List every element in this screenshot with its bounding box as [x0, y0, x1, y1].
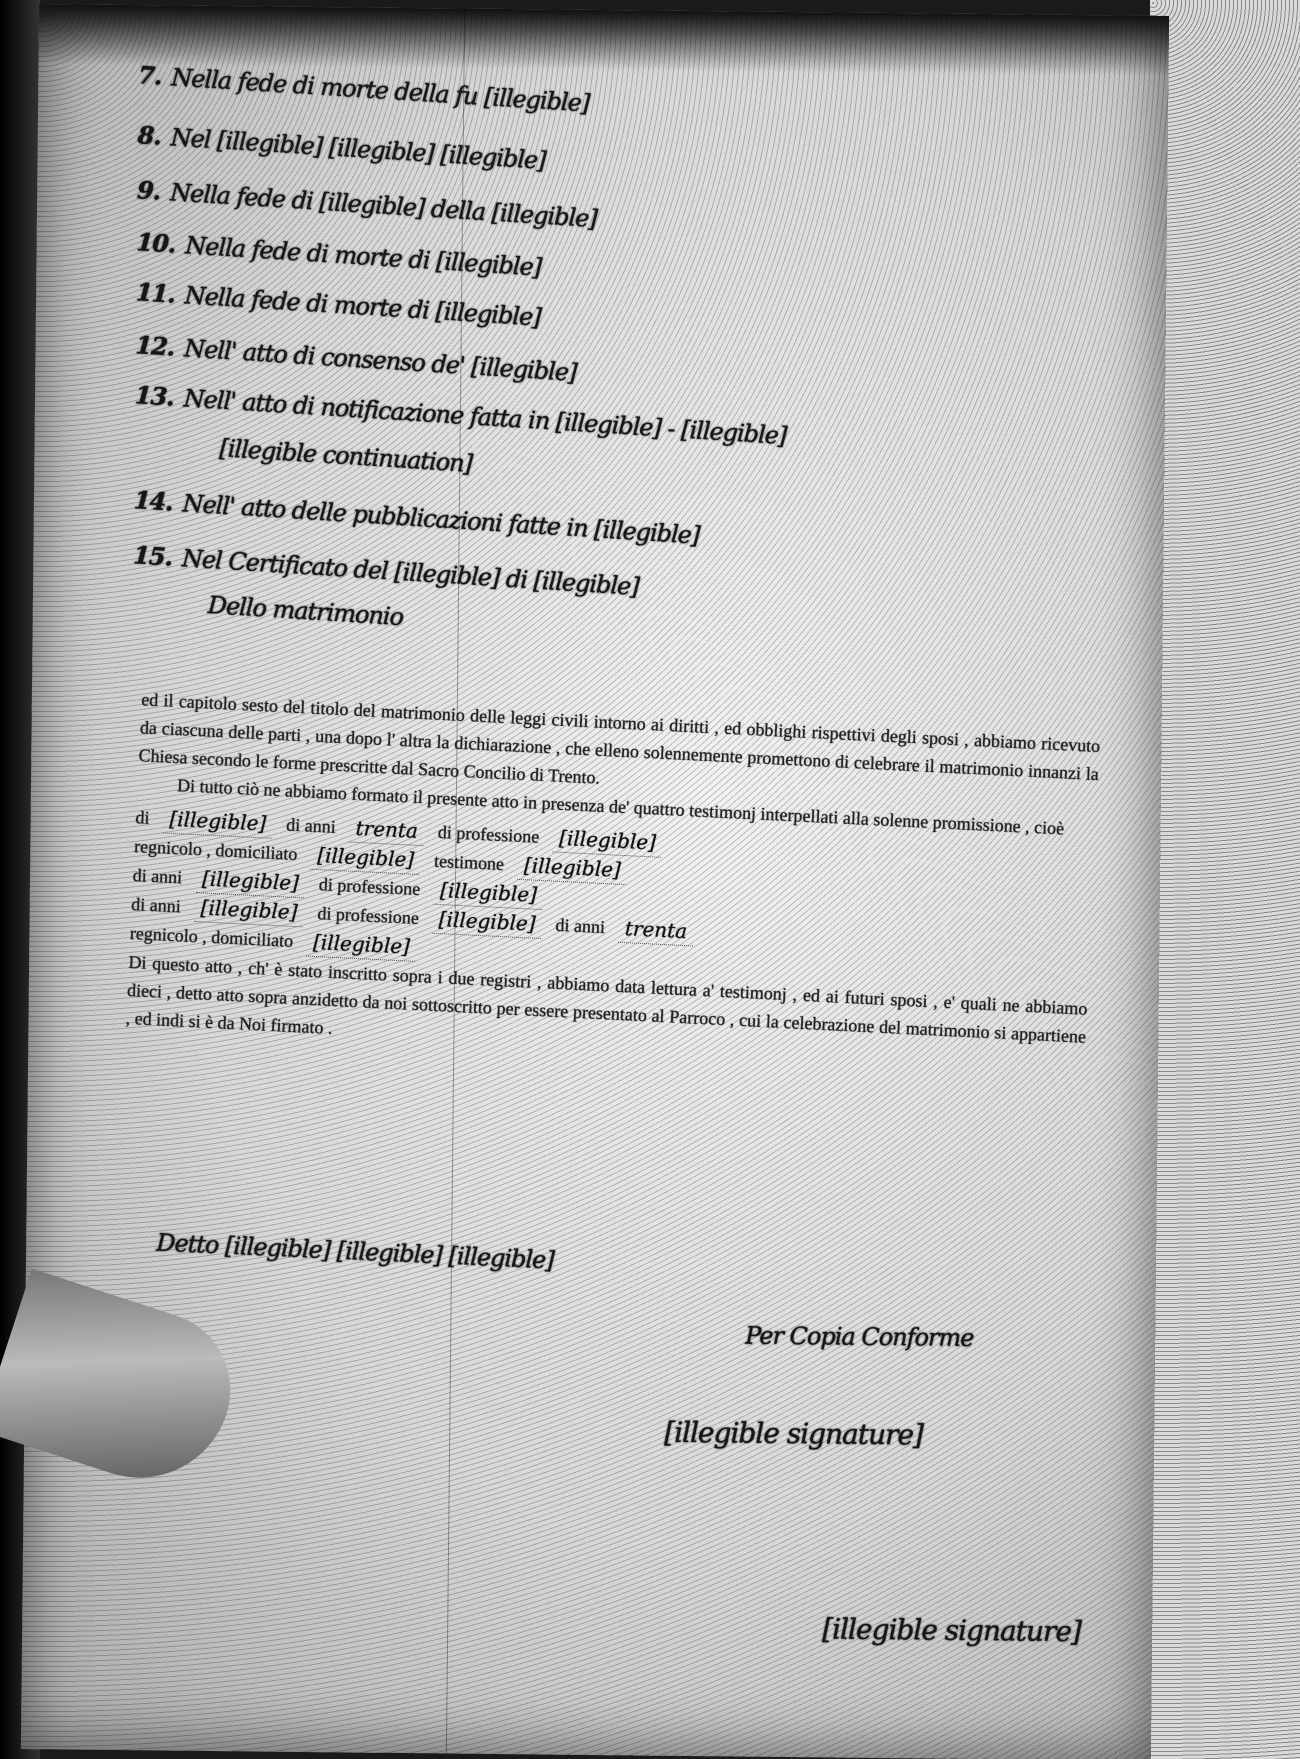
register-page: 7.Nella fede di morte della fu [illegibl…	[21, 4, 1169, 1759]
entry-11: 11.Nella fede di morte di [illegible]	[135, 277, 541, 331]
entry-10: 10.Nella fede di morte di [illegible]	[136, 227, 542, 281]
entry-13-continued: [illegible continuation]	[219, 434, 473, 478]
official-signature: [illegible signature]	[664, 1416, 923, 1452]
entry-14: 14.Nell' atto delle pubblicazioni fatte …	[133, 485, 700, 550]
fill-in: trenta	[618, 914, 694, 947]
entry-12: 12.Nell' atto di consenso de' [illegible…	[135, 330, 578, 387]
fill-in: [illegible]	[432, 905, 542, 939]
entry-9: 9.Nella fede di [illegible] della [illeg…	[136, 175, 597, 233]
entry-8: 8.Nel [illegible] [illegible] [illegible…	[137, 120, 547, 175]
printed-form: ed il capitolo sesto del titolo del matr…	[125, 685, 1101, 1078]
scan-background	[1150, 0, 1300, 1759]
copy-conforme-signature: Per Copia Conforme	[745, 1322, 973, 1352]
fill-in: trenta	[349, 814, 425, 847]
entry-15-continued: Dello matrimonio	[207, 591, 404, 631]
second-signature: [illegible signature]	[822, 1612, 1081, 1648]
closing-handwritten-line: Detto [illegible] [illegible] [illegible…	[156, 1228, 555, 1274]
